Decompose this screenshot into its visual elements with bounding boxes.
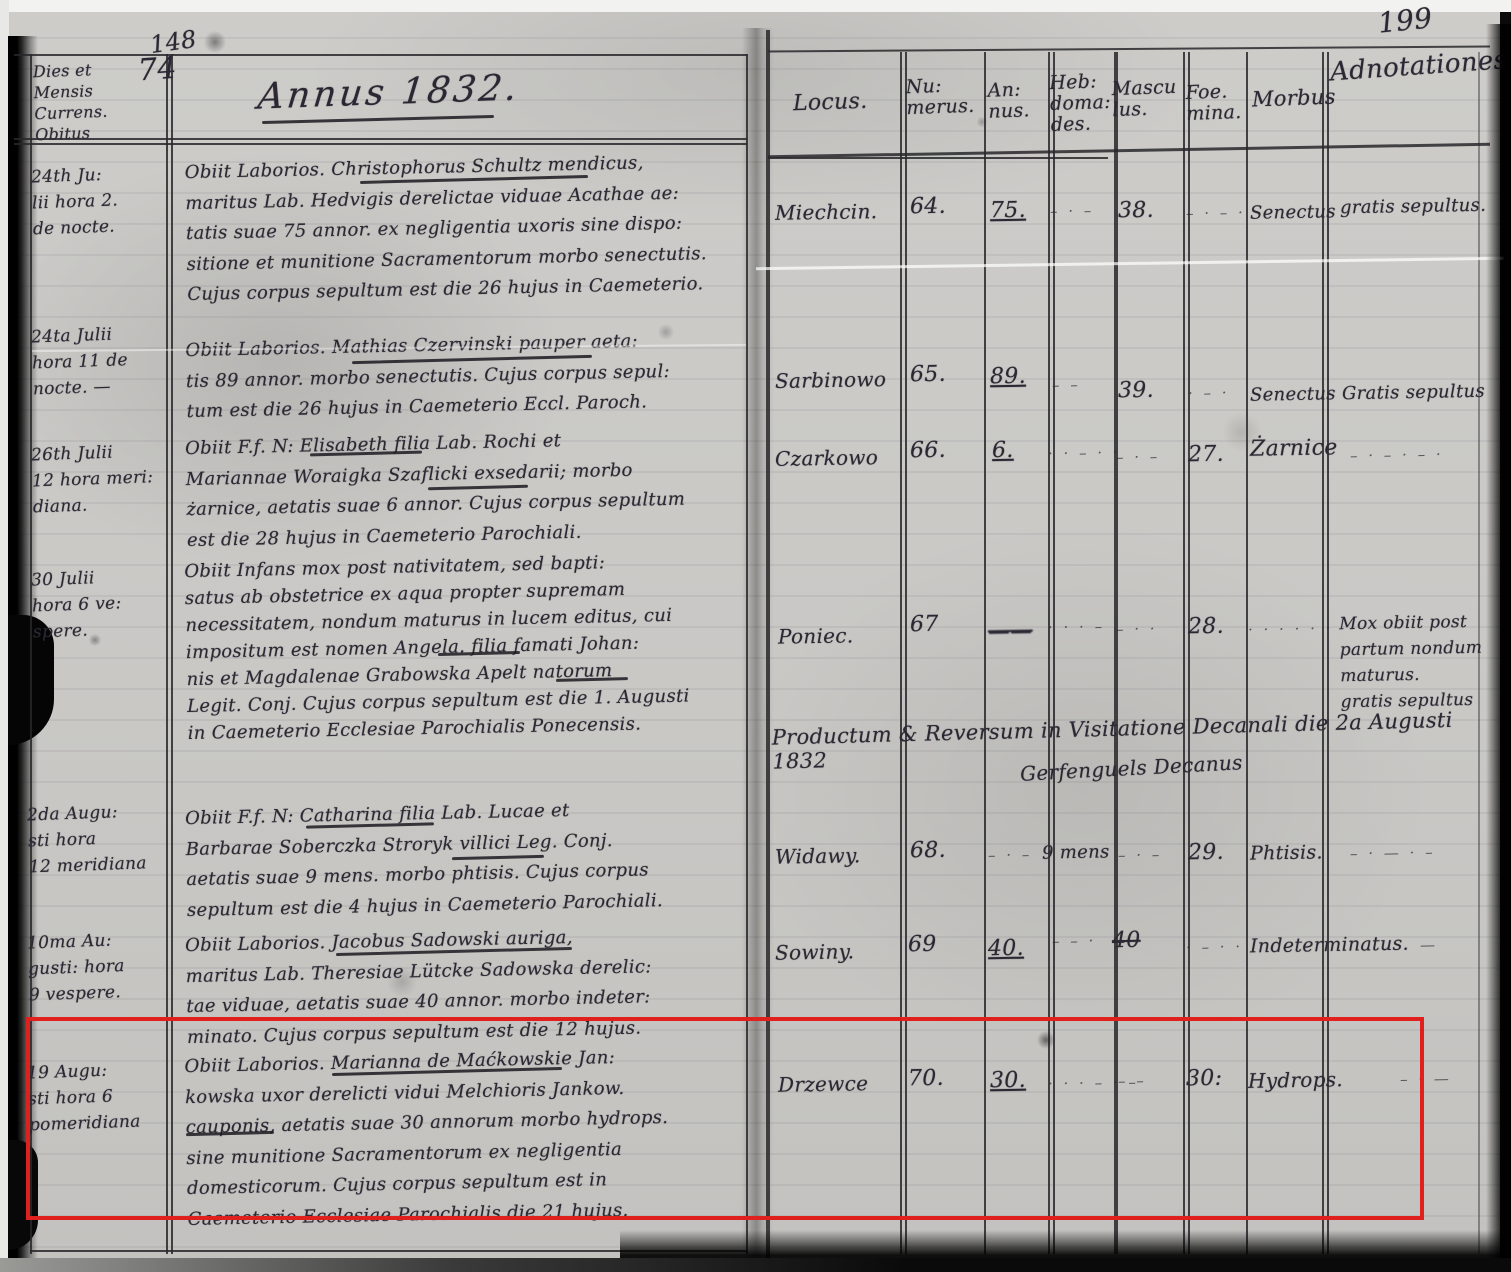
entry-1-foemina: – · – · [1186,203,1246,222]
entry-6-annus: 40. [988,936,1024,962]
column-header-foemina: Foe. mina. [1185,81,1242,125]
rule [14,54,747,56]
entry-2-body: Obiit Laborios. Mathias Czervinski paupe… [185,324,767,428]
entry-4-hebdomades: · · · – [1048,618,1105,637]
entry-4-date: 30 Julii hora 6 ve: spere. [31,563,174,646]
entry-6-morbus: Indeterminatus. [1250,933,1409,958]
highlight-rectangle [26,1017,1424,1220]
entry-2-date: 24ta Julii hora 11 de nocte. — [31,320,174,403]
entry-4-masculus: – · · [1116,620,1158,639]
entry-3-morbus: Żarnice [1250,435,1338,462]
entry-2-numerus: 65. [910,362,946,388]
entry-5-locus: Widawy. [775,843,861,868]
rule [14,138,747,145]
entry-1-adnotatio: gratis sepultus. [1340,195,1487,219]
entry-4-adnotatio: Mox obiit post partum nondum maturus. gr… [1339,609,1483,715]
entry-4-body: Obiit Infans mox post nativitatem, sed b… [184,546,768,747]
entry-4-locus: Poniec. [778,623,854,648]
column-header-hebdomades: Heb: doma: des. [1049,71,1112,136]
column-header-numerus: Nu: merus. [905,75,975,119]
entry-1-hebdomades: – · – [1050,202,1095,221]
entry-5-masculus: – · – [1118,846,1163,865]
entry-2-locus: Sarbinowo [775,367,887,393]
register-scan: Dies et Mensis Currens. Obitus 148 74 An… [0,0,1511,1272]
entry-1-date: 24th Ju: lii hora 2. de nocte. [31,160,174,243]
entry-3-date: 26th Julii 12 hora meri: diana. [31,438,174,521]
entry-5-numerus: 68. [910,838,946,864]
entry-2-adnotatio: Gratis sepultus [1342,381,1485,404]
scan-margin-top [0,0,1511,12]
entry-2-masculus: 39. [1118,378,1154,404]
column-header-masculus: Mascu lus. [1111,77,1177,121]
entry-3-adnotatio: – · – · – · [1350,445,1444,465]
entry-6-date: 10ma Au: gusti: hora 9 vespere. [27,926,170,1009]
entry-3-masculus: – · – [1116,448,1161,467]
entry-3-annus: 6. [992,438,1014,463]
page-number: 199 [1376,1,1433,39]
entry-1-morbus: Senectus [1250,201,1336,223]
scan-dark-right-edge [1486,24,1511,1272]
entry-6-hebdomades: – – · [1052,932,1097,951]
entry-6-adnotatio: — [1420,936,1438,954]
entry-6-numerus: 69 [908,932,937,957]
entry-1-locus: Miechcin. [775,199,878,225]
entry-1-masculus: 38. [1118,198,1154,224]
scan-bottom-strip [0,1258,1511,1272]
entry-4-numerus: 67 [910,612,939,637]
rule [768,157,1108,159]
entry-5-foemina: 29. [1188,840,1224,866]
entry-5-date: 2da Augu: sti hora 12 meridiana [27,798,170,881]
column-header-locus: Locus. [793,91,868,115]
folio-number-alt: 74 [137,51,178,89]
entry-5-morbus: Phtisis. [1250,841,1323,864]
entry-6-masculus: 40 [1112,928,1141,953]
entry-3-foemina: 27. [1188,442,1224,468]
entry-1-body: Obiit Laborios. Christophorus Schultz me… [184,146,767,311]
entry-2-morbus: Senectus [1250,383,1336,405]
entry-2-foemina: · – · [1188,384,1230,403]
entry-5-adnotatio: – · — · – [1350,843,1436,862]
entry-1-numerus: 64. [910,194,946,220]
entry-3-locus: Czarkowo [775,445,878,471]
entry-6-locus: Sowiny. [775,939,855,964]
entry-6-foemina: · – · · [1186,938,1243,957]
entry-4-morbus: · · · · · · [1248,619,1334,638]
entry-4-foemina: 28. [1188,614,1224,640]
column-header-morbus: Morbus [1252,87,1336,111]
entry-3-numerus: 66. [910,438,946,464]
entry-5-annus: – · – [988,846,1033,865]
column-header-annus: An: nus. [987,79,1030,122]
entry-4-annus: —— [988,618,1033,645]
entry-1-annus: 75. [990,198,1026,224]
entry-5-hebdomades: 9 mens [1042,841,1110,863]
entry-3-hebdomades: · · – · · [1048,443,1121,462]
entry-2-hebdomades: – – [1052,376,1081,394]
entry-2-annus: 89. [990,364,1026,390]
column-header-dies-et-mensis: Dies et Mensis Currens. Obitus [33,59,109,146]
